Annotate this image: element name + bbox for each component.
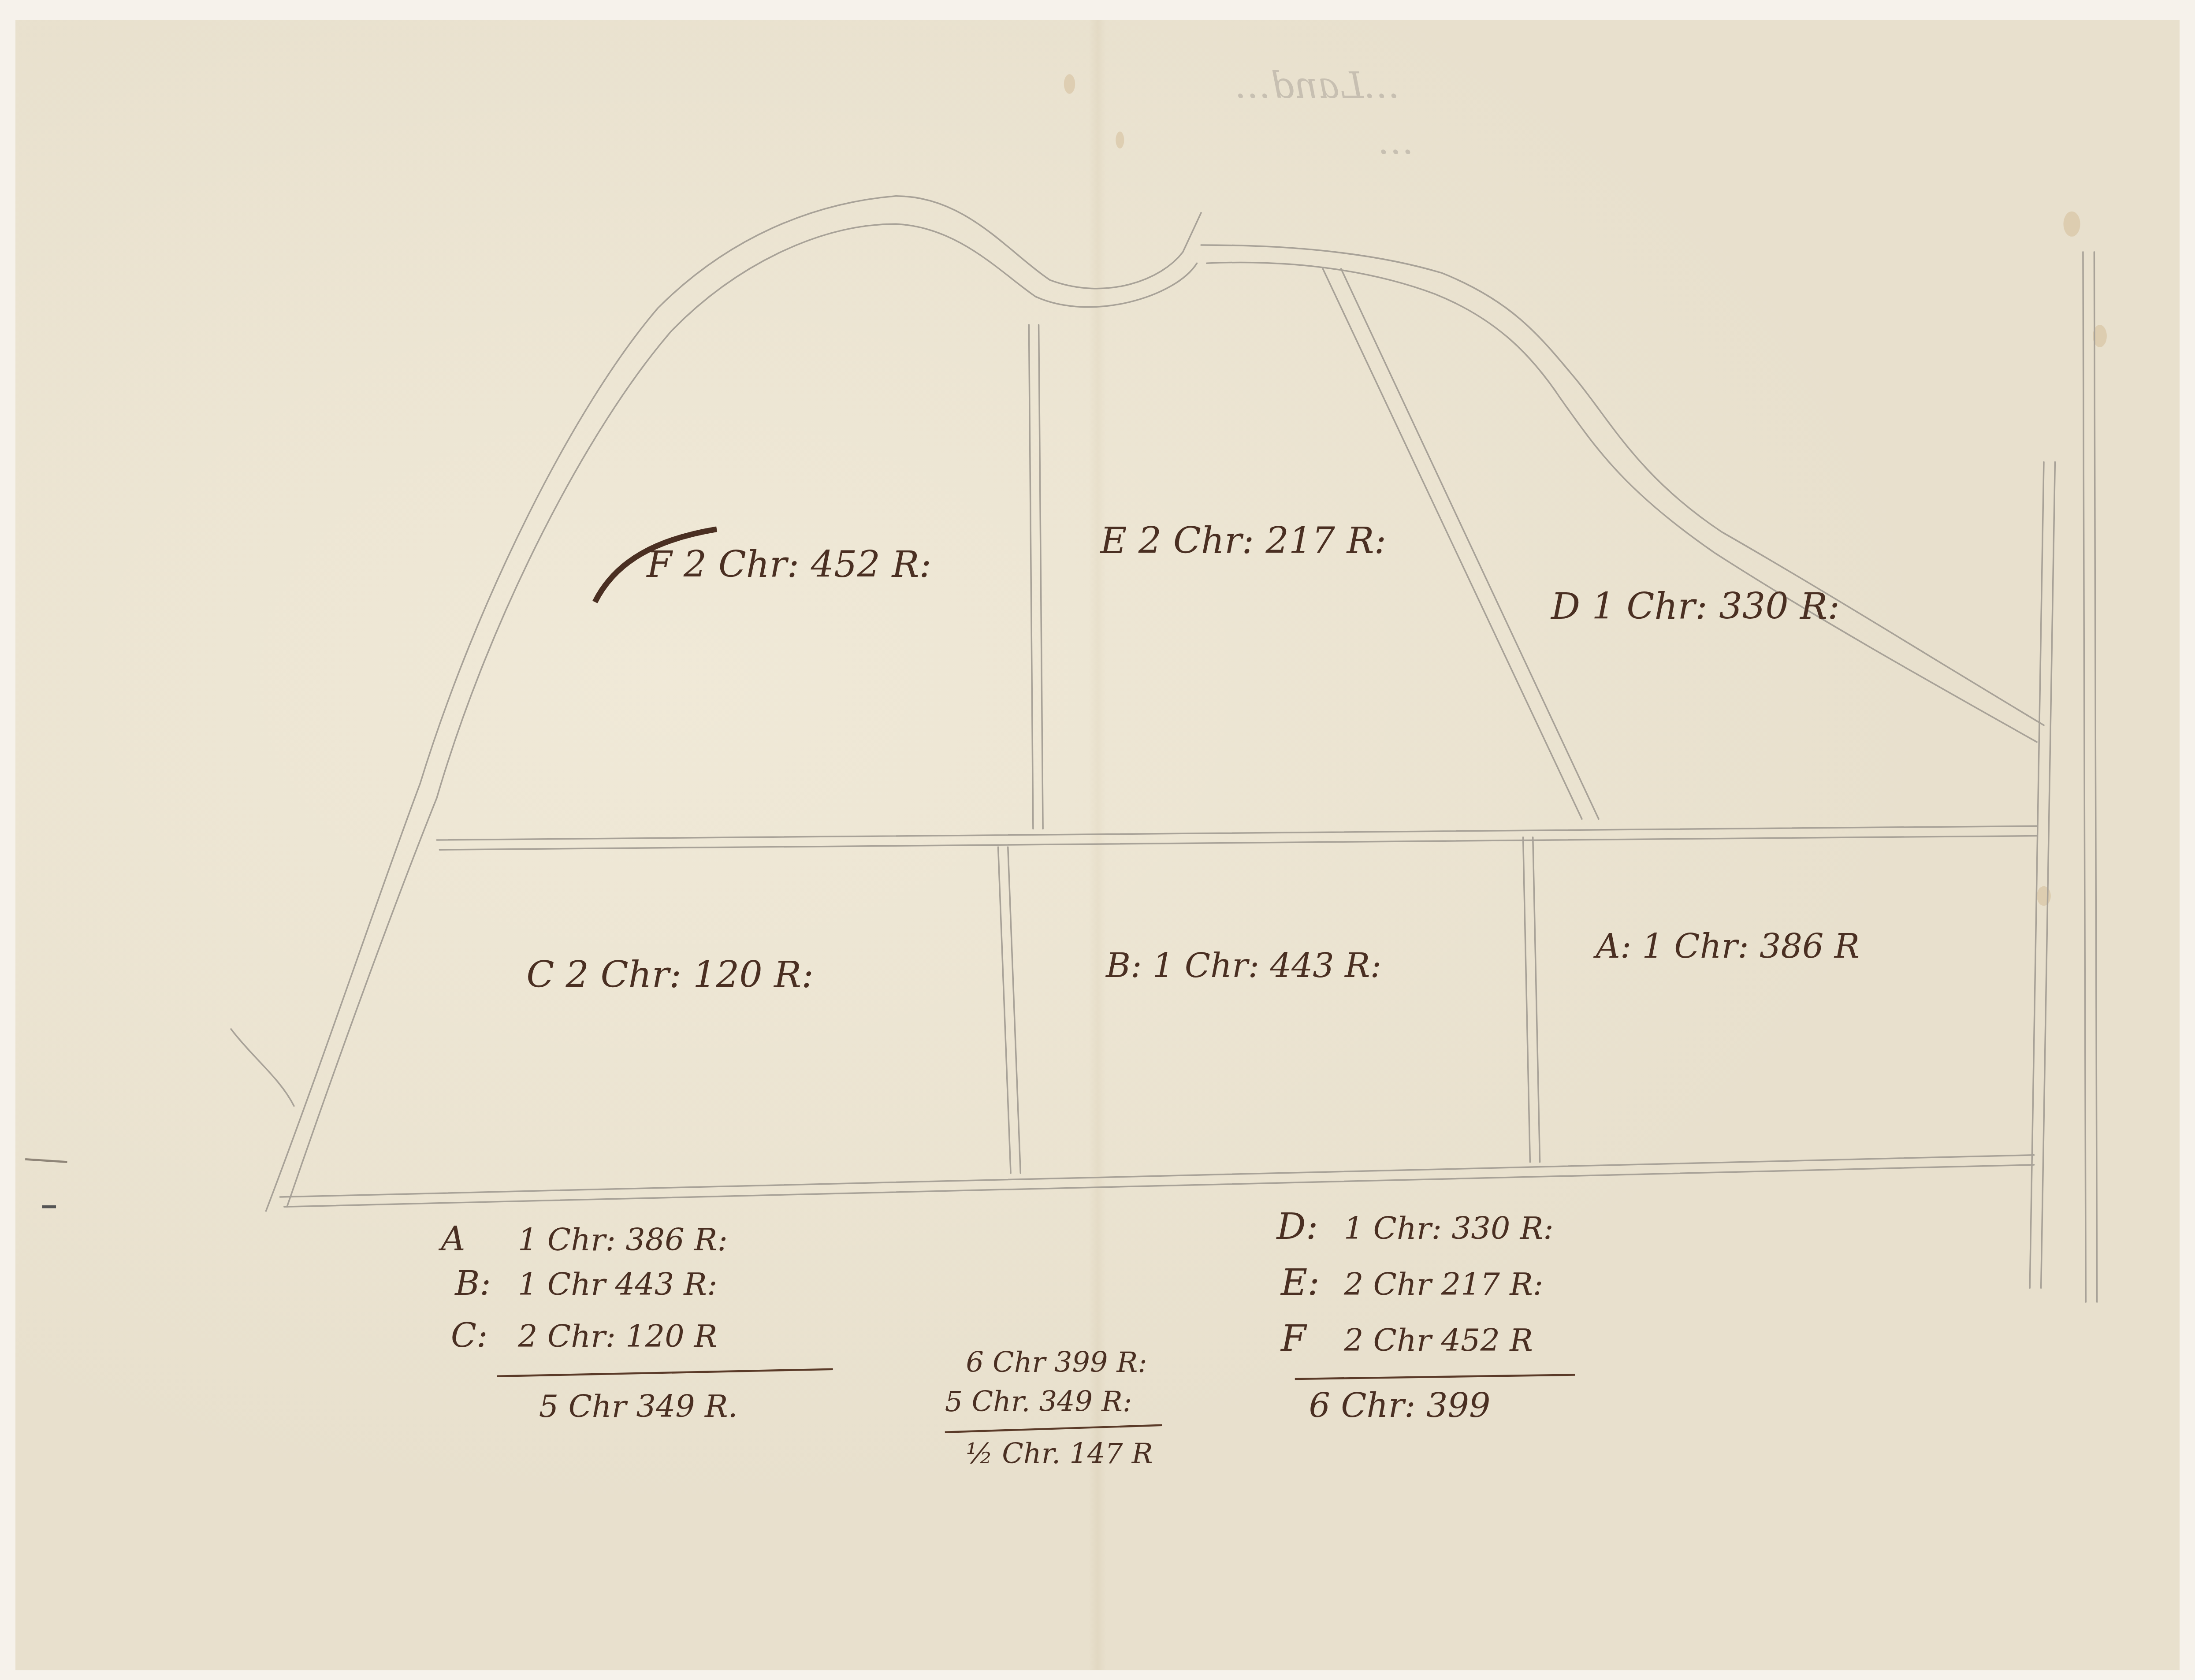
- parcel-label-f: F 2 Chr: 452 R:: [646, 543, 931, 586]
- tally-middle-row1: 6 Chr 399 R:: [966, 1346, 1147, 1379]
- river-outline: [231, 196, 2044, 1211]
- ghost-text-line1: …Land…: [1235, 64, 1400, 107]
- tally-right-letter-f: F: [1280, 1317, 1307, 1360]
- survey-map: …Land… …: [0, 0, 2195, 1680]
- tally-left-total: 5 Chr 349 R.: [539, 1389, 738, 1424]
- tally-right: D: 1 Chr: 330 R: E: 2 Chr 217 R: F 2 Chr…: [1276, 1205, 1575, 1424]
- tally-middle-rule: [945, 1425, 1162, 1432]
- parcel-label-a: A: 1 Chr: 386 R: [1593, 926, 1860, 966]
- tally-left-amount-a: 1 Chr: 386 R:: [518, 1222, 728, 1258]
- tally-middle-row2: 5 Chr. 349 R:: [945, 1385, 1132, 1418]
- parcel-boundaries: [280, 252, 2097, 1302]
- tally-left-rule: [497, 1369, 833, 1376]
- parcel-label-b: B: 1 Chr: 443 R:: [1105, 946, 1381, 985]
- tally-right-rule: [1295, 1375, 1575, 1379]
- scan-background: …Land… …: [0, 0, 2195, 1680]
- tally-right-amount-d: 1 Chr: 330 R:: [1344, 1211, 1554, 1246]
- parcel-labels: F 2 Chr: 452 R: E 2 Chr: 217 R: D 1 Chr:…: [526, 520, 1860, 996]
- ghost-text-line2: …: [1377, 120, 1414, 163]
- tally-left-letter-a: A: [438, 1219, 465, 1258]
- tally-right-letter-e: E:: [1280, 1261, 1320, 1304]
- tally-left-letter-c: C:: [451, 1316, 488, 1355]
- tally-left-letter-b: B:: [454, 1264, 491, 1303]
- tally-left-amount-c: 2 Chr: 120 R: [517, 1319, 717, 1354]
- parcel-label-d: D 1 Chr: 330 R:: [1550, 585, 1840, 628]
- tally-left-amount-b: 1 Chr 443 R:: [518, 1267, 717, 1302]
- tally-right-amount-f: 2 Chr 452 R: [1343, 1323, 1533, 1358]
- parcel-label-c: C 2 Chr: 120 R:: [526, 954, 814, 996]
- tally-right-letter-d: D:: [1276, 1205, 1318, 1248]
- parcel-label-e: E 2 Chr: 217 R:: [1099, 520, 1386, 562]
- tally-left: A 1 Chr: 386 R: B: 1 Chr 443 R: C: 2 Chr…: [438, 1219, 833, 1424]
- edge-marks: [25, 1159, 67, 1207]
- tally-middle: 6 Chr 399 R: 5 Chr. 349 R: ½ Chr. 147 R: [945, 1346, 1162, 1469]
- tally-right-total: 6 Chr: 399: [1309, 1386, 1491, 1425]
- paper-stains: [1064, 74, 2107, 906]
- tally-right-amount-e: 2 Chr 217 R:: [1343, 1267, 1543, 1302]
- tally-middle-result: ½ Chr. 147 R: [966, 1437, 1153, 1470]
- ghost-writing: …Land… …: [1235, 64, 1414, 163]
